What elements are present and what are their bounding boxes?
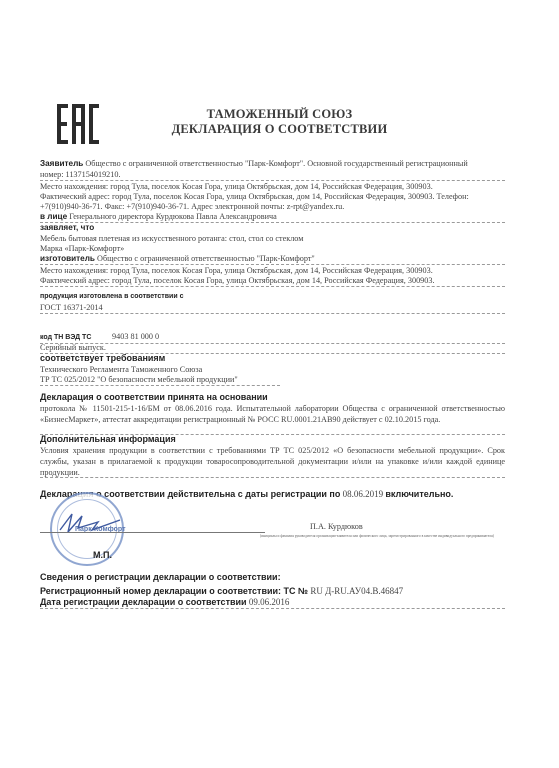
registration-date: 09.06.2016 [249, 597, 290, 607]
signature-icon [58, 508, 128, 538]
stamp-label: М.П. [93, 550, 112, 560]
tnved-value: 9403 81 000 0 [112, 332, 159, 341]
manufacturer-label: изготовитель [40, 254, 95, 263]
applicant-reg-number: номер: 1137154019210. [40, 169, 505, 181]
signer-name: П.А. Курдюков [310, 521, 363, 532]
signature-caption: (инициалы и фамилия руководителя организ… [260, 534, 510, 539]
additional-text: Условия хранения продукции в соответстви… [40, 445, 505, 478]
header-title-line1: ТАМОЖЕННЫЙ СОЮЗ [0, 107, 559, 122]
manufacturer-text: Общество с ограниченной ответственностью… [97, 254, 315, 263]
basis-text: протокола № 11501-215-1-16/БМ от 08.06.2… [40, 403, 505, 435]
registration-heading: Сведения о регистрации декларации о соот… [40, 572, 505, 583]
registration-date-label: Дата регистрации декларации о соответств… [40, 597, 247, 607]
standard-value: ГОСТ 16371-2014 [40, 302, 505, 314]
additional-label: Дополнительная информация [40, 434, 505, 445]
standard-label: продукция изготовлена в соответствии с [40, 293, 505, 300]
applicant-row: Заявитель Общество с ограниченной ответс… [40, 158, 505, 169]
registration-number-row: Регистрационный номер декларации о соотв… [40, 586, 505, 597]
requirements-label: соответствует требованиям [40, 353, 505, 364]
registration-number-label: Регистрационный номер декларации о соотв… [40, 586, 308, 596]
requirements-line2: ТР ТС 025/2012 "О безопасности мебельной… [40, 374, 280, 386]
manufacturer-row: изготовитель Общество с ограниченной отв… [40, 253, 505, 265]
applicant-label: Заявитель [40, 159, 83, 168]
signature-line [40, 532, 265, 533]
validity-date: 08.06.2019 [343, 489, 384, 499]
applicant-text: Общество с ограниченной ответственностью… [85, 159, 467, 168]
header-title-line2: ДЕКЛАРАЦИЯ О СООТВЕТСТВИИ [0, 122, 559, 137]
represented-by: Генерального директора Курдюкова Павла А… [69, 212, 277, 221]
represented-label: в лице [40, 212, 67, 221]
manufacturer-actual-address: Фактический адрес: город Тула, поселок К… [40, 275, 505, 287]
validity-row: Декларация о соответствии действительна … [40, 489, 505, 500]
validity-label-end: включительно. [385, 489, 453, 499]
registration-date-row: Дата регистрации декларации о соответств… [40, 597, 505, 609]
declares-label: заявляет, что [40, 222, 505, 233]
basis-label: Декларация о соответствии принята на осн… [40, 392, 505, 403]
registration-number: RU Д-RU.АУ04.В.46847 [310, 586, 403, 596]
